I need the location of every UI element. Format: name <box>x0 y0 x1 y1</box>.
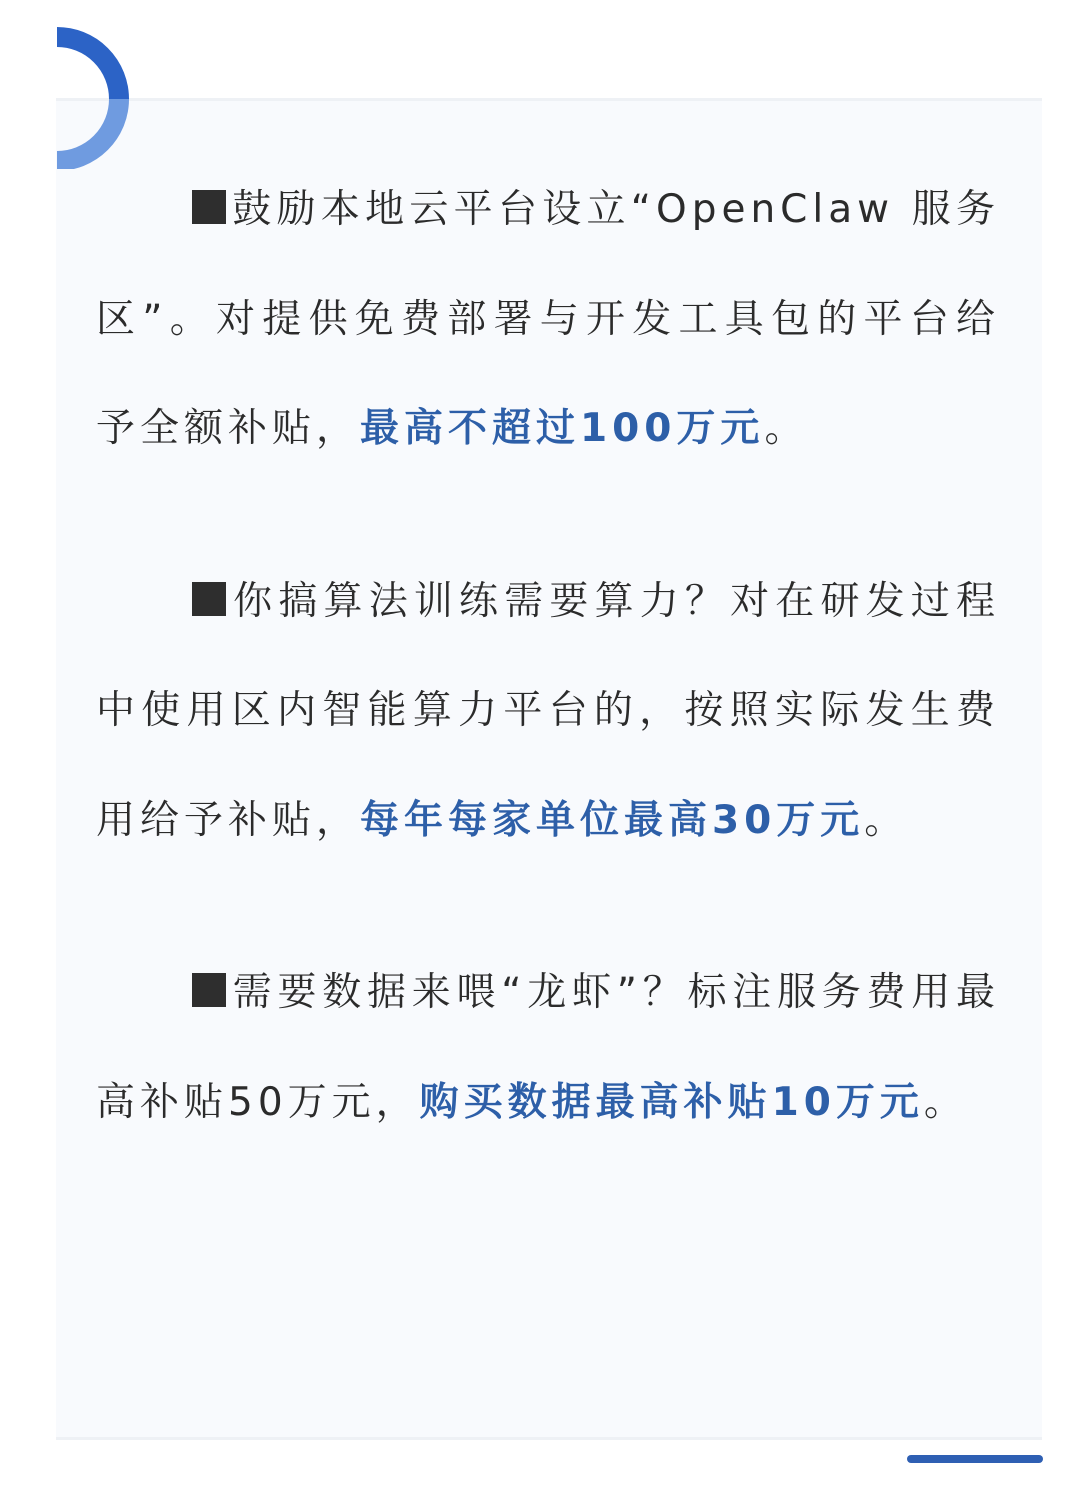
square-bullet-icon <box>192 190 226 224</box>
paragraph-compute-subsidy: 你搞算法训练需要算力？对在研发过程中使用区内智能算力平台的，按照实际发生费用给予… <box>96 547 1000 876</box>
highlight-text: 购买数据最高补贴10万元 <box>420 1080 924 1125</box>
paragraph-data-subsidy: 需要数据来喂“龙虾”？标注服务费用最高补贴50万元，购买数据最高补贴10万元。 <box>96 938 1000 1157</box>
square-bullet-icon <box>192 973 226 1007</box>
highlight-text: 每年每家单位最高30万元 <box>360 798 864 843</box>
paragraph-end: 。 <box>764 406 808 451</box>
paragraph-end: 。 <box>924 1080 968 1125</box>
square-bullet-icon <box>192 582 226 616</box>
paragraph-end: 。 <box>864 798 908 843</box>
decorative-ring-top-icon <box>57 27 129 99</box>
article-content: 鼓励本地云平台设立“OpenClaw 服务区”。对提供免费部署与开发工具包的平台… <box>96 155 1000 1220</box>
highlight-text: 最高不超过100万元 <box>360 406 764 451</box>
decorative-underline-bar <box>907 1455 1043 1463</box>
paragraph-cloud-platform: 鼓励本地云平台设立“OpenClaw 服务区”。对提供免费部署与开发工具包的平台… <box>96 155 1000 484</box>
